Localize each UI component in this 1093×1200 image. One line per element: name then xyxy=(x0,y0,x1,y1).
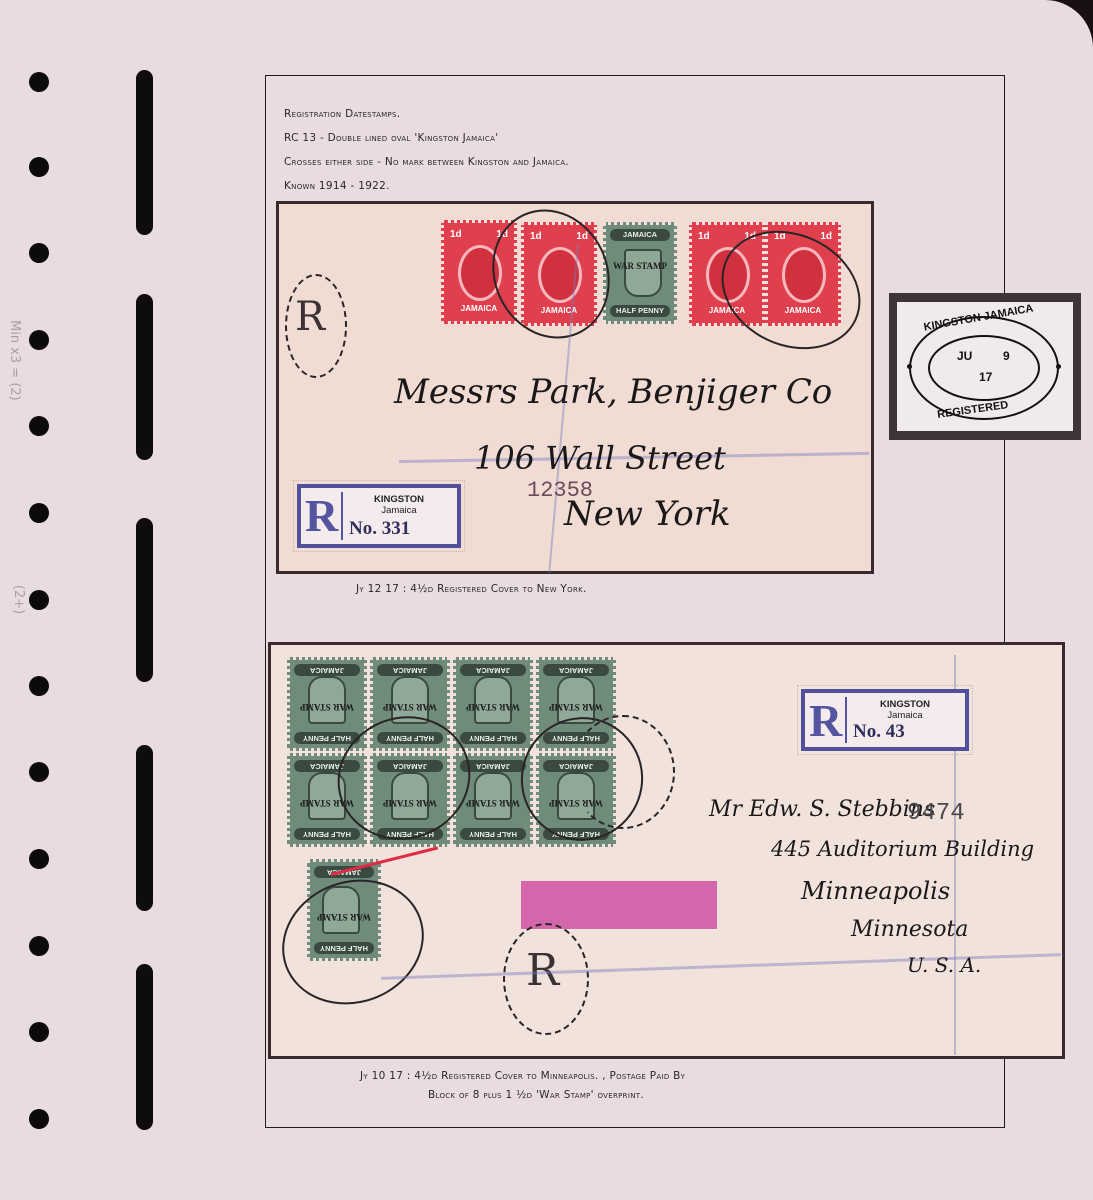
inner-oval xyxy=(928,335,1040,401)
notes-line: Known 1914 - 1922. xyxy=(284,174,569,198)
postmark-month: JU xyxy=(957,349,972,363)
address-line: 445 Auditorium Building xyxy=(771,837,1034,861)
postmark-example: KINGSTON JAMAICA JU 9 17 REGISTERED xyxy=(889,293,1081,440)
cover-new-york: R 1d1d JAMAICA 1d1d JAMAICA JAMAICA WAR … xyxy=(276,201,874,574)
registration-label: R KINGSTONJamaica No. 331 xyxy=(297,484,461,548)
punch-hole xyxy=(29,1109,49,1129)
address-line: Minnesota xyxy=(851,917,968,942)
cross-mark xyxy=(1056,364,1061,369)
punch-hole xyxy=(29,676,49,696)
receiving-number: 9474 xyxy=(907,800,965,827)
address-line: Minneapolis xyxy=(801,877,950,905)
registration-letter: R xyxy=(305,488,338,544)
binder-slot xyxy=(136,518,153,682)
punch-hole xyxy=(29,330,49,350)
cover-caption: Block of 8 plus 1 ½d 'War Stamp' overpri… xyxy=(428,1089,644,1101)
cover-caption: Jy 12 17 : 4½d Registered Cover to New Y… xyxy=(356,583,587,595)
kingston-oval-postmark xyxy=(264,860,441,1024)
stamp-war-halfpenny: HALF PENNYWAR STAMPJAMAICA xyxy=(287,657,367,751)
punch-hole xyxy=(29,416,49,436)
binder-slot xyxy=(136,70,153,235)
punch-hole xyxy=(29,1022,49,1042)
registration-number: No. 331 xyxy=(349,518,410,540)
punch-hole xyxy=(29,590,49,610)
receiving-number: 12358 xyxy=(527,478,593,503)
notes-line: RC 13 - Double lined oval 'Kingston Jama… xyxy=(284,126,569,150)
cross-mark xyxy=(907,364,912,369)
cover-caption: Jy 10 17 : 4½d Registered Cover to Minne… xyxy=(360,1070,685,1082)
punch-hole xyxy=(29,849,49,869)
registration-letter: R xyxy=(809,693,842,749)
binder-slot xyxy=(136,745,153,911)
punch-hole xyxy=(29,243,49,263)
pencil-note: (2+) xyxy=(11,585,26,614)
registration-town: KINGSTONJamaica xyxy=(849,699,961,721)
page-corner xyxy=(1033,0,1093,60)
registration-number: No. 43 xyxy=(853,721,905,743)
postmark-day: 9 xyxy=(1003,349,1010,363)
postmark-year: 17 xyxy=(979,370,992,384)
notes-line: Crosses either side - No mark between Ki… xyxy=(284,150,569,174)
address-line: Messrs Park, Benjiger Co xyxy=(394,372,832,412)
address-line: Mr Edw. S. Stebbins xyxy=(709,797,935,822)
cover-minneapolis: HALF PENNYWAR STAMPJAMAICAHALF PENNYWAR … xyxy=(268,642,1065,1059)
punch-hole xyxy=(29,72,49,92)
stamp-war-halfpenny: JAMAICA WAR STAMP HALF PENNY xyxy=(603,222,677,324)
address-line: 106 Wall Street xyxy=(474,439,726,477)
binder-slot xyxy=(136,964,153,1130)
address-line: U. S. A. xyxy=(907,953,981,977)
punch-hole xyxy=(29,936,49,956)
kingston-oval-postmark xyxy=(571,715,675,829)
notes-heading: Registration Datestamps. xyxy=(284,102,569,126)
punch-hole xyxy=(29,503,49,523)
registered-handstamp: REGISTERED xyxy=(521,881,717,929)
r-handstamp-letter: R xyxy=(295,294,325,340)
pencil-note: Min x3 = (2) xyxy=(7,320,22,401)
punch-hole xyxy=(29,762,49,782)
binder-slot xyxy=(136,294,153,460)
stamp-war-halfpenny: HALF PENNYWAR STAMPJAMAICA xyxy=(453,657,533,751)
punch-hole xyxy=(29,157,49,177)
page-notes: Registration Datestamps. RC 13 - Double … xyxy=(284,102,569,198)
kingston-oval-postmark xyxy=(471,190,630,358)
registration-town: KINGSTONJamaica xyxy=(345,494,453,516)
registration-label: R KINGSTONJamaica No. 43 xyxy=(801,689,969,751)
